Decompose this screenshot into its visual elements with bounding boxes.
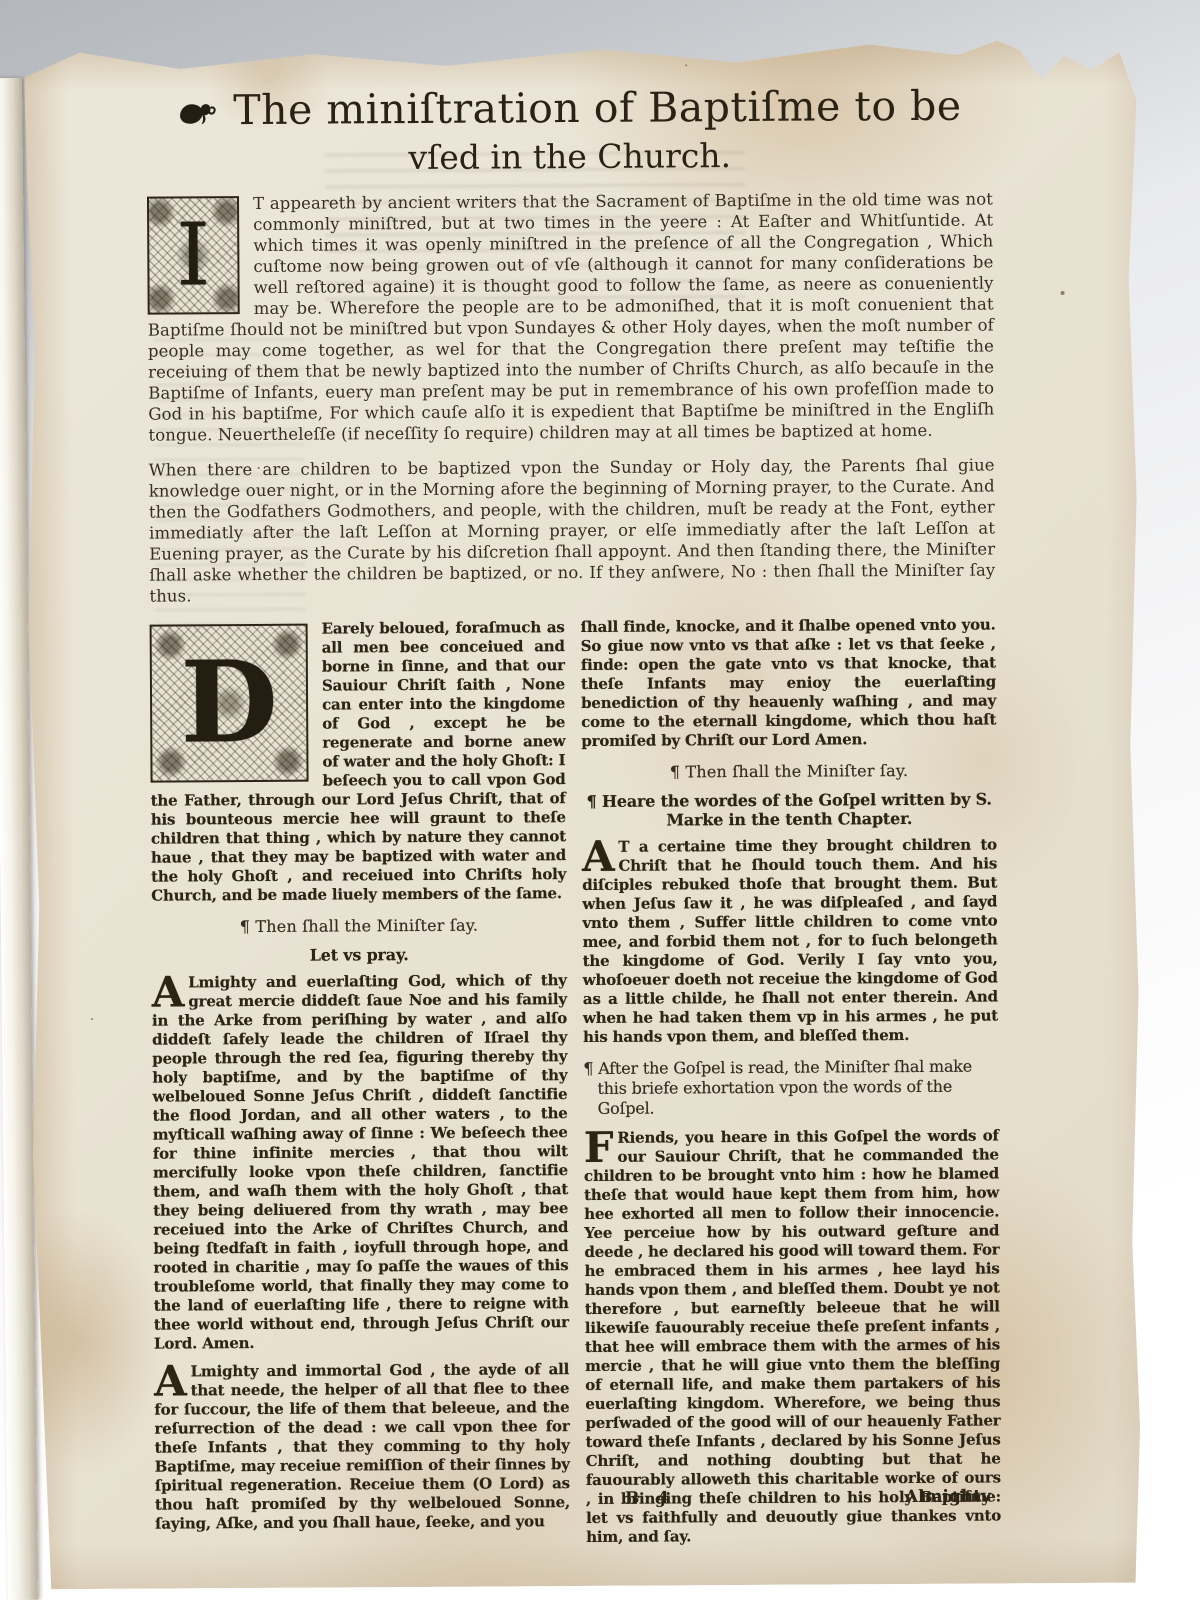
right-column: ſhall finde, knocke, and it ſhalbe opene…	[581, 616, 1002, 1557]
book-fore-edge	[0, 78, 38, 1600]
intro-paragraph-1: I T appeareth by ancient writers that th…	[147, 189, 995, 446]
rubric-after-gospel: ¶ After the Goſpel is read, the Miniſter…	[583, 1057, 998, 1120]
exhortation-friends: FRiends, you heare in this Goſpel the wo…	[584, 1127, 1002, 1548]
prayer-almighty-everlasting: ALmighty and euerlaſting God, which of t…	[152, 971, 569, 1354]
let-us-pray-heading: Let vs pray.	[152, 944, 567, 966]
paper-specks	[24, 37, 28, 41]
initial-letter: I	[176, 213, 211, 299]
rubric-gospel-mark: ¶ Heare the wordes of the Goſpel written…	[582, 790, 997, 831]
drop-cap-A: A	[152, 974, 189, 1010]
printers-leaf-icon	[177, 92, 219, 141]
title-text-1: The miniſtration of Baptiſme to be	[233, 82, 962, 134]
prayer-continuation: ſhall finde, knocke, and it ſhalbe opene…	[581, 616, 997, 752]
page-title: The miniſtration of Baptiſme to be vſed …	[146, 81, 993, 179]
gospel-passage: AT a certaine time they brought children…	[582, 836, 998, 1048]
title-line-2: vſed in the Church.	[147, 136, 993, 180]
exhortation-dearly-beloved: D Earely beloued, foraſmuch as all men b…	[150, 618, 567, 906]
rubric-minister-say-left: ¶ Then ſhall the Miniſter ſay.	[151, 915, 566, 937]
drop-cap-A: A	[154, 1363, 191, 1399]
text-columns: D Earely beloued, foraſmuch as all men b…	[150, 616, 1002, 1559]
intro-text-1: T appeareth by ancient writers that the …	[148, 190, 995, 445]
prayer1-text: Lmighty and euerlaſting God, which of th…	[152, 971, 569, 1353]
intro-section: I T appeareth by ancient writers that th…	[147, 189, 996, 607]
page-content: The miniſtration of Baptiſme to be vſed …	[146, 81, 1001, 1558]
rubric-minister-say-right: ¶ Then ſhall the Miniſter ſay.	[581, 761, 996, 783]
initial-letter: D	[180, 647, 278, 760]
exhortation-text: Riends, you heare in this Goſpel the wor…	[584, 1127, 1001, 1547]
gospel-text: T a certaine time they brought children …	[582, 836, 998, 1047]
signature-mark: B 4	[625, 1488, 675, 1508]
woodcut-initial-D: D	[150, 624, 309, 783]
woodcut-initial-I: I	[147, 196, 240, 315]
title-line-1: The miniſtration of Baptiſme to be	[146, 81, 992, 141]
intro-paragraph-2: When there are children to be baptized v…	[149, 455, 996, 607]
book-page: The miniſtration of Baptiſme to be vſed …	[24, 31, 1145, 1590]
catchword: Almighty	[905, 1487, 991, 1508]
drop-cap-F: F	[584, 1129, 618, 1165]
left-column: D Earely beloued, foraſmuch as all men b…	[150, 618, 571, 1559]
book-photo: The miniſtration of Baptiſme to be vſed …	[0, 0, 1200, 1600]
drop-cap-A: A	[582, 838, 619, 874]
